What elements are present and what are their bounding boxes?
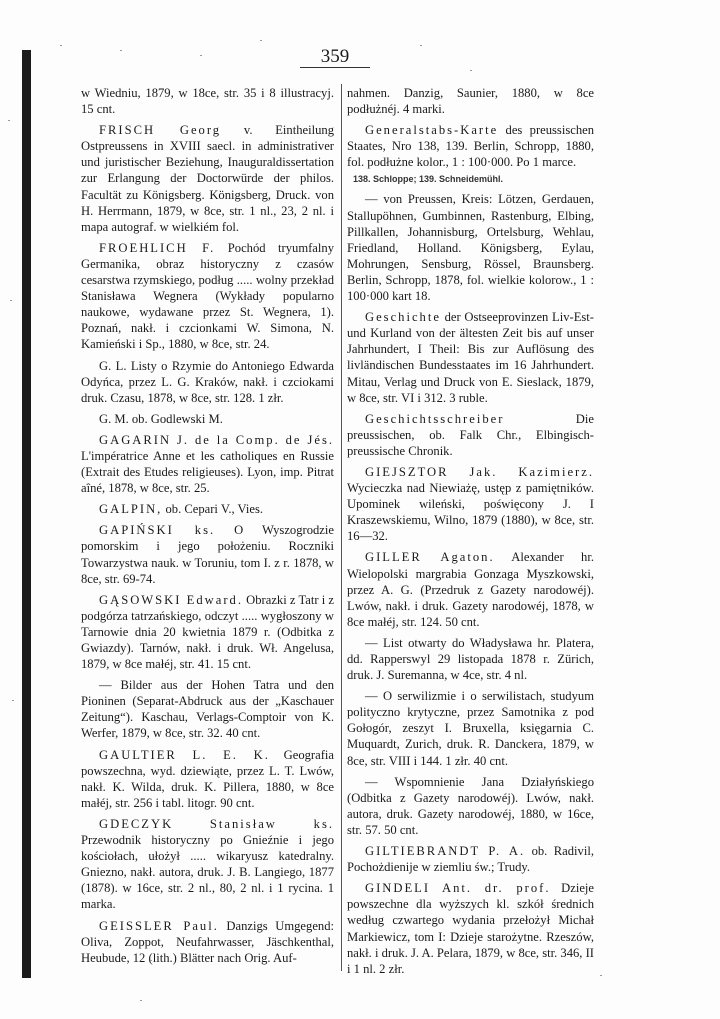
bibliography-entry: — O serwilizmie i o serwilistach, studyu… [347, 688, 594, 768]
bibliography-entry: — List otwarty do Władysława hr. Platera… [347, 635, 594, 683]
scan-speck [200, 55, 202, 56]
entry-text: — Wspomnienie Jana Działyńskiego (Odbitk… [347, 775, 594, 837]
bibliography-entry: FROEHLICH F. Pochód tryumfalny Germanika… [81, 240, 334, 353]
entry-heading: GDECZYK Stanisław ks. [99, 817, 334, 831]
page-number: 359 [300, 46, 370, 68]
scan-speck [420, 45, 422, 46]
scan-speck [8, 120, 10, 121]
entry-heading: Geschichtsschreiber [365, 412, 504, 426]
bibliography-entry: Generalstabs-Karte des preussischen Staa… [347, 122, 594, 170]
bibliography-entry: w Wiedniu, 1879, w 18ce, str. 35 i 8 ill… [81, 85, 334, 117]
bibliography-entry: G. L. Listy o Rzymie do Antoniego Edward… [81, 358, 334, 406]
entry-heading: FRISCH Georg [99, 123, 221, 137]
entry-text: w Wiedniu, 1879, w 18ce, str. 35 i 8 ill… [81, 86, 334, 116]
entry-heading: GALPIN, [99, 502, 162, 516]
entry-text: G. L. Listy o Rzymie do Antoniego Edward… [81, 359, 334, 405]
scan-speck [10, 300, 12, 301]
scan-speck [12, 700, 14, 701]
bibliography-entry: Geschichtsschreiber Die preussischen, ob… [347, 411, 594, 459]
entry-text: — Bilder aus der Hohen Tatra und den Pio… [81, 678, 334, 740]
entry-text: v. Eintheilung Ostpreussens in XVIII sae… [81, 123, 334, 234]
entry-text: — O serwilizmie i o serwilistach, studyu… [347, 689, 594, 767]
entry-text: nahmen. Danzig, Saunier, 1880, w 8ce pod… [347, 86, 594, 116]
entry-text: ob. Cepari V., Vies. [162, 502, 263, 516]
entry-text: der Ostseeprovinzen Liv-Est- und Kurland… [347, 310, 594, 404]
scan-edge-bar [22, 50, 31, 978]
scan-speck [520, 950, 522, 951]
scan-speck [150, 960, 152, 961]
scan-speck [260, 40, 262, 41]
entry-heading: GAPIŃSKI ks. [99, 523, 215, 537]
left-column: w Wiedniu, 1879, w 18ce, str. 35 i 8 ill… [81, 85, 334, 971]
entry-text: Pochód tryumfalny Germanika, obraz histo… [81, 241, 334, 352]
scan-speck [60, 45, 62, 46]
bibliography-entry: GAGARIN J. de la Comp. de Jés. L'impérat… [81, 432, 334, 496]
entry-heading: GIEJSZTOR Jak. Kazimierz. [365, 465, 594, 479]
entry-text: — List otwarty do Władysława hr. Platera… [347, 636, 594, 682]
column-divider [341, 84, 342, 971]
bibliography-entry: GAPIŃSKI ks. O Wyszogrodzie pomorskim i … [81, 522, 334, 586]
bibliography-entry: GDECZYK Stanisław ks. Przewodnik history… [81, 816, 334, 913]
entry-text: 138. Schloppe; 139. Schneidemühl. [353, 174, 503, 184]
bibliography-entry: GĄSOWSKI Edward. Obrazki z Tatr i z podg… [81, 592, 334, 672]
entry-heading: GAULTIER L. E. K. [99, 748, 270, 762]
bibliography-entry: GILTIEBRANDT P. A. ob. Radivil, Pochożdi… [347, 843, 594, 875]
bibliography-entry: — Bilder aus der Hohen Tatra und den Pio… [81, 677, 334, 741]
entry-heading: Generalstabs-Karte [365, 123, 498, 137]
entry-note: 138. Schloppe; 139. Schneidemühl. [347, 173, 594, 185]
bibliography-entry: GEISSLER Paul. Danzigs Umgegend: Oliva, … [81, 918, 334, 966]
entry-heading: GILLER Agaton. [365, 550, 495, 564]
entry-text: — von Preussen, Kreis: Lötzen, Gerdauen,… [347, 192, 594, 303]
header-rule [300, 67, 370, 68]
entry-text: Przewodnik historyczny po Gnieźnie i jeg… [81, 833, 334, 911]
bibliography-entry: FRISCH Georg v. Eintheilung Ostpreussens… [81, 122, 334, 235]
entry-text: G. M. ob. Godlewski M. [99, 412, 223, 426]
entry-heading: Geschichte [365, 310, 441, 324]
entry-heading: GEISSLER Paul. [99, 919, 219, 933]
bibliography-entry: GILLER Agaton. Alexander hr. Wielopolski… [347, 549, 594, 629]
bibliography-entry: GAULTIER L. E. K. Geografia powszechna, … [81, 747, 334, 811]
entry-text: L'impératrice Anne et les catholiques en… [81, 449, 334, 495]
scan-speck [140, 1000, 142, 1001]
entry-heading: GINDELI Ant. dr. prof. [365, 881, 550, 895]
entry-heading: FROEHLICH F. [99, 241, 215, 255]
bibliography-entry: GALPIN, ob. Cepari V., Vies. [81, 501, 334, 517]
bibliography-entry: Geschichte der Ostseeprovinzen Liv-Est- … [347, 309, 594, 406]
right-column: nahmen. Danzig, Saunier, 1880, w 8ce pod… [347, 85, 594, 982]
entry-text: Wycieczka nad Niewiażę, ustęp z pamiętni… [347, 481, 594, 543]
bibliography-entry: GINDELI Ant. dr. prof. Dzieje powszechne… [347, 880, 594, 977]
entry-heading: GĄSOWSKI Edward. [99, 593, 243, 607]
scan-speck [470, 70, 472, 71]
bibliography-entry: — von Preussen, Kreis: Lötzen, Gerdauen,… [347, 191, 594, 304]
scan-speck [120, 50, 122, 51]
bibliography-entry: nahmen. Danzig, Saunier, 1880, w 8ce pod… [347, 85, 594, 117]
entry-text: Dzieje powszechne dla wyższych kl. szkół… [347, 881, 594, 975]
bibliography-entry: — Wspomnienie Jana Działyńskiego (Odbitk… [347, 774, 594, 838]
scan-speck [600, 975, 602, 976]
entry-heading: GAGARIN J. de la Comp. de Jés. [99, 433, 334, 447]
bibliography-entry: GIEJSZTOR Jak. Kazimierz. Wycieczka nad … [347, 464, 594, 544]
entry-heading: GILTIEBRANDT P. A. [365, 844, 525, 858]
bibliography-entry: G. M. ob. Godlewski M. [81, 411, 334, 427]
